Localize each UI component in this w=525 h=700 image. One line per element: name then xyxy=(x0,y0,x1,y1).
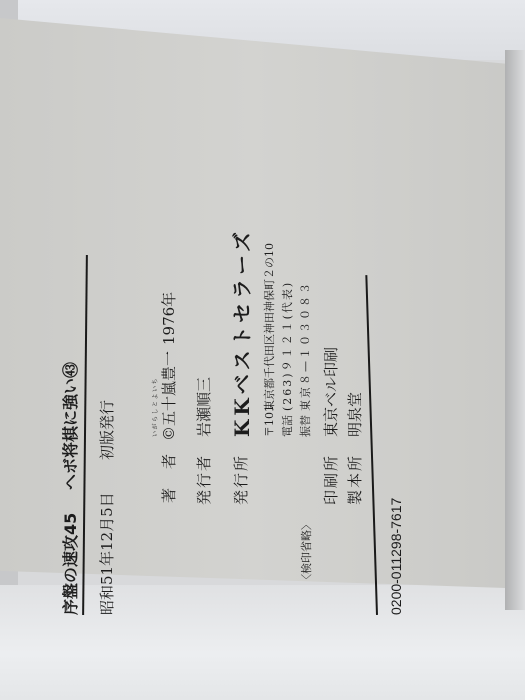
publisher-address: 東京都千代田区神田神保町２の10 xyxy=(261,243,277,411)
phone-number: (263)９１２１(代表) xyxy=(279,281,295,411)
binder-label: 製本所 xyxy=(344,454,365,505)
issuer-label: 発行者 xyxy=(193,454,214,505)
top-rule xyxy=(82,255,87,615)
first-edition-date: 昭和51年12月5日 xyxy=(96,492,117,615)
publisher-label: 発行所 xyxy=(230,454,251,505)
copyright-year: 1976年 xyxy=(158,292,179,345)
printer-label: 印刷所 xyxy=(320,454,341,505)
first-edition-label: 初版発行 xyxy=(96,400,117,460)
binder-name: 明泉堂 xyxy=(344,392,365,437)
author-label: 著 者 xyxy=(158,452,179,503)
transfer-label: 振替 xyxy=(297,415,313,437)
author-name: ©五十嵐豊一 xyxy=(158,351,179,441)
series-title: 序盤の速攻45 xyxy=(58,513,81,615)
publisher-name: KKベストセラーズ xyxy=(226,228,255,437)
colophon-block: 序盤の速攻45 ヘボ将棋に強い㊸ 昭和51年12月5日 初版発行 著 者 いがら… xyxy=(58,75,418,615)
phone-label: 電話 xyxy=(279,415,295,437)
printer-name: 東京ベル印刷 xyxy=(320,347,341,437)
issuer-name: 岩瀬順三 xyxy=(193,377,214,437)
seal-omitted-note: 〈検印省略〉 xyxy=(298,519,314,585)
transfer-account: 東京８—１０３０８３ xyxy=(297,281,313,411)
book-title: ヘボ将棋に強い㊸ xyxy=(58,362,81,490)
product-code: 0200-011298-7617 xyxy=(388,498,404,615)
bottom-rule xyxy=(365,275,377,615)
page-stack-edge xyxy=(505,50,525,610)
